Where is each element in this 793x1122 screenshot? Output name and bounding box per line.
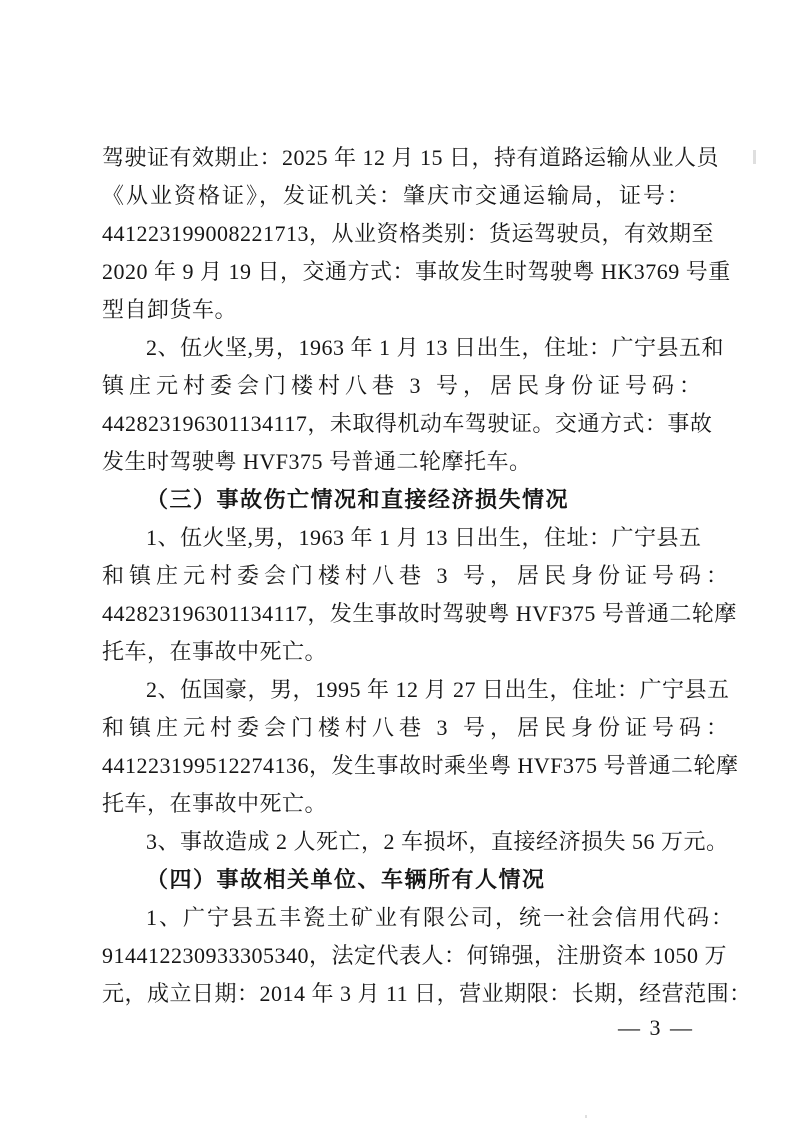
scan-artifact [585, 1115, 587, 1118]
text-line: 发生时驾驶粤 HVF375 号普通二轮摩托车。 [102, 443, 698, 481]
text-line: 镇庄元村委会门楼村八巷 3 号，居民身份证号码： [102, 367, 698, 405]
text-line: 托车，在事故中死亡。 [102, 785, 698, 823]
text-line: 914412230933305340，法定代表人：何锦强，注册资本 1050 万 [102, 937, 698, 975]
text-line: 《从业资格证》，发证机关：肇庆市交通运输局，证号： [102, 177, 698, 215]
text-line: 型自卸货车。 [102, 291, 698, 329]
section-heading: （四）事故相关单位、车辆所有人情况 [102, 861, 698, 899]
document-text: 驾驶证有效期止：2025 年 12 月 15 日，持有道路运输从业人员《从业资格… [102, 139, 698, 1013]
text-line: 1、伍火坚,男，1963 年 1 月 13 日出生，住址：广宁县五 [102, 519, 698, 557]
text-line: 2020 年 9 月 19 日，交通方式：事故发生时驾驶粤 HK3769 号重 [102, 253, 698, 291]
text-line: 托车，在事故中死亡。 [102, 633, 698, 671]
section-heading: （三）事故伤亡情况和直接经济损失情况 [102, 481, 698, 519]
text-line: 442823196301134117，发生事故时驾驶粤 HVF375 号普通二轮… [102, 595, 698, 633]
text-line: 441223199512274136，发生事故时乘坐粤 HVF375 号普通二轮… [102, 747, 698, 785]
text-line: 2、伍火坚,男，1963 年 1 月 13 日出生，住址：广宁县五和 [102, 329, 698, 367]
document-page: 驾驶证有效期止：2025 年 12 月 15 日，持有道路运输从业人员《从业资格… [0, 0, 793, 1122]
text-line: 3、事故造成 2 人死亡，2 车损坏，直接经济损失 56 万元。 [102, 823, 698, 861]
page-number: — 3 — [618, 1012, 698, 1044]
text-line: 441223199008221713，从业资格类别：货运驾驶员，有效期至 [102, 215, 698, 253]
text-line: 442823196301134117，未取得机动车驾驶证。交通方式：事故 [102, 405, 698, 443]
text-line: 元，成立日期：2014 年 3 月 11 日，营业期限：长期，经营范围： [102, 975, 698, 1013]
scan-artifact [753, 150, 756, 164]
text-line: 和镇庄元村委会门楼村八巷 3 号，居民身份证号码： [102, 709, 698, 747]
text-line: 1、广宁县五丰瓷土矿业有限公司，统一社会信用代码： [102, 899, 698, 937]
text-line: 2、伍国豪，男，1995 年 12 月 27 日出生，住址：广宁县五 [102, 671, 698, 709]
text-line: 驾驶证有效期止：2025 年 12 月 15 日，持有道路运输从业人员 [102, 139, 698, 177]
text-line: 和镇庄元村委会门楼村八巷 3 号，居民身份证号码： [102, 557, 698, 595]
